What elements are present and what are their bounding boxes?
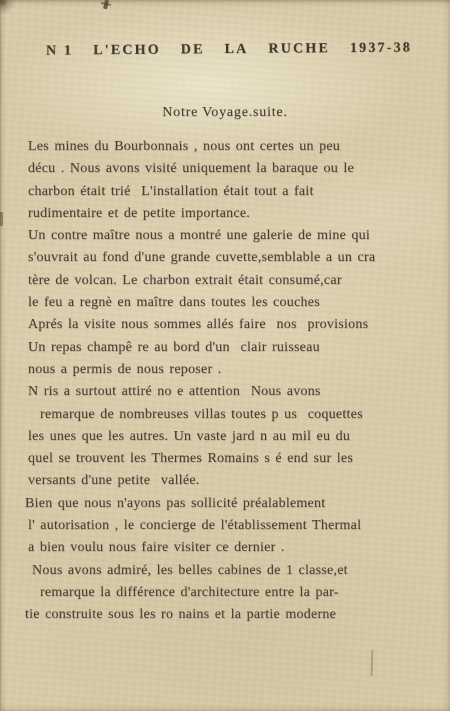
text-line: tie construite sous les ro nains et la p… xyxy=(25,604,436,626)
text-line: remarque la différence d'architecture en… xyxy=(28,582,436,604)
masthead: N 1 L'ECHO DE LA RUCHE 1937-38 xyxy=(46,40,412,59)
text-line: Un contre maître nous a montré une galer… xyxy=(28,225,436,247)
masthead-word-lecho: L'ECHO xyxy=(93,43,161,60)
text-line: tère de volcan. Le charbon extrait était… xyxy=(28,270,436,292)
article-body: Les mines du Bourbonnais , nous ont cert… xyxy=(28,136,436,627)
text-line: le feu a regnè en maître dans toutes les… xyxy=(28,292,436,314)
text-line: décu . Nous avons visité uniquement la b… xyxy=(28,158,436,180)
text-line: l' autorisation , le concierge de l'étab… xyxy=(28,515,436,537)
edition-year: 1937-38 xyxy=(350,40,412,57)
text-line: rudimentaire et de petite importance. xyxy=(28,203,436,225)
masthead-word-la: LA xyxy=(225,42,249,58)
scanned-page: N 1 L'ECHO DE LA RUCHE 1937-38 Notre Voy… xyxy=(0,0,450,711)
article-title: Notre Voyage.suite. xyxy=(0,105,450,121)
masthead-word-ruche: RUCHE xyxy=(268,41,330,58)
text-line: Aprés la visite nous sommes allés faire … xyxy=(28,314,436,336)
edge-blemish-mark xyxy=(0,212,3,226)
text-line: Nous avons admiré, les belles cabines de… xyxy=(28,560,436,582)
text-line: Les mines du Bourbonnais , nous ont cert… xyxy=(28,136,436,158)
text-line: Bien que nous n'ayons pas sollicité préa… xyxy=(25,493,436,515)
issue-number: N 1 xyxy=(46,43,73,59)
text-line: nous a permis de nous reposer . xyxy=(28,359,436,381)
text-line: quel se trouvent les Thermes Romains s é… xyxy=(28,448,436,470)
text-line: N ris a surtout attiré no e attention No… xyxy=(28,381,436,403)
text-line: charbon était trié L'installation était … xyxy=(28,181,436,203)
text-line: remarque de nombreuses villas toutes p u… xyxy=(28,404,436,426)
paper-scratch-mark xyxy=(371,650,374,676)
text-line: s'ouvrait au fond d'une grande cuvette,s… xyxy=(28,247,436,269)
text-line: Un repas champê re au bord d'un clair ru… xyxy=(28,337,436,359)
text-line: a bien voulu nous faire visiter ce derni… xyxy=(28,537,436,559)
masthead-word-de: DE xyxy=(181,42,205,58)
text-line: les unes que les autres. Un vaste jard n… xyxy=(28,426,436,448)
ink-smudge-mark xyxy=(103,0,109,9)
text-line: versants d'une petite vallée. xyxy=(28,470,436,492)
